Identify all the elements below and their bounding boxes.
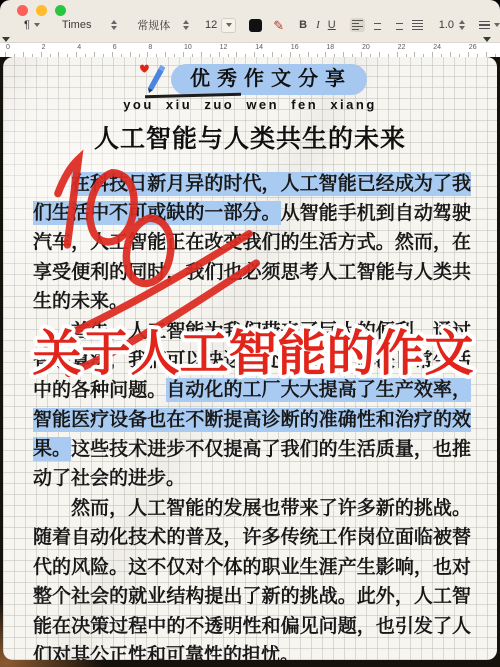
font-family-value: Times [62, 19, 92, 31]
ruler-number: 18 [326, 44, 334, 51]
chevron-down-icon [34, 23, 40, 27]
line-spacing-value: 1.0 [439, 19, 454, 31]
stepper-icon [111, 20, 117, 30]
ruler-number: 26 [469, 44, 477, 51]
line-spacing-select[interactable]: 1.0 [439, 19, 465, 31]
badge-pill: 优秀作文分享 [171, 64, 367, 95]
bold-button[interactable]: B [299, 19, 307, 31]
align-left-button[interactable] [350, 18, 365, 32]
align-center-button[interactable] [370, 18, 385, 32]
ruler-number: 8 [148, 44, 152, 51]
underline-button[interactable]: U [328, 19, 336, 31]
font-size-select[interactable]: 12 [205, 18, 236, 33]
ruler-number: 4 [77, 44, 81, 51]
ruler[interactable]: 02468101214161820222426 [0, 42, 500, 58]
essay-card: 优秀作文分享 you xiu zuo wen fen xiang 人工智能与人类… [3, 57, 497, 660]
ruler-number: 6 [113, 44, 117, 51]
ruler-number: 12 [220, 44, 228, 51]
chevron-down-icon [494, 23, 500, 27]
toolbar: ¶ Times 常规体 12 ✎ B I U [0, 0, 500, 36]
ruler-number: 22 [398, 44, 406, 51]
paragraph-style-menu[interactable]: ¶ [24, 19, 40, 31]
ruler-area: 02468101214161820222426 [0, 36, 500, 57]
ruler-number: 24 [433, 44, 441, 51]
essay-paragraph[interactable]: 然而，人工智能的发展也带来了许多新的挑战。随着自动化技术的普及，许多传统工作岗位… [33, 494, 471, 661]
pen-icon: ✎ [273, 19, 284, 32]
align-right-button[interactable] [390, 18, 405, 32]
badge-row: 优秀作文分享 [3, 62, 497, 96]
paragraph-mark-icon: ¶ [24, 19, 30, 31]
italic-label: I [316, 19, 320, 31]
ruler-number: 20 [362, 44, 370, 51]
pen-heart-logo-icon [133, 60, 169, 94]
pinyin-subtitle: you xiu zuo wen fen xiang [3, 97, 497, 112]
stepper-icon [459, 20, 465, 30]
highlight-pen-button[interactable]: ✎ [273, 19, 284, 32]
chevron-down-icon [221, 18, 236, 33]
ruler-number: 2 [42, 44, 46, 51]
card-header: 优秀作文分享 you xiu zuo wen fen xiang 人工智能与人类… [3, 57, 497, 155]
essay[interactable]: 在科技日新月异的时代，人工智能已经成为了我们生活中不可或缺的一部分。从智能手机到… [3, 169, 497, 660]
italic-button[interactable]: I [316, 19, 320, 31]
font-family-select[interactable]: Times [62, 19, 117, 31]
font-style-value: 常规体 [137, 17, 170, 33]
ruler-number: 14 [255, 44, 263, 51]
bold-label: B [299, 19, 307, 31]
essay-text: 这些技术进步不仅提高了我们的生活质量，也推动了社会的进步。 [33, 439, 471, 490]
ruler-number: 16 [291, 44, 299, 51]
document-canvas: 优秀作文分享 you xiu zuo wen fen xiang 人工智能与人类… [0, 57, 500, 667]
font-size-value: 12 [205, 19, 217, 31]
font-style-select[interactable]: 常规体 [137, 17, 189, 33]
text-color-button[interactable] [249, 19, 262, 32]
underline-label: U [328, 19, 336, 31]
list-icon [479, 21, 490, 29]
essay-paragraph[interactable]: 首先，人工智能为我们带来了巨大的便利。通过智能算法，我们可以快速地处理信息，解决… [33, 317, 471, 494]
app-window: ¶ Times 常规体 12 ✎ B I U [0, 0, 500, 667]
list-style-menu[interactable] [479, 21, 500, 29]
essay-text: 然而，人工智能的发展也带来了许多新的挑战。随着自动化技术的普及，许多传统工作岗位… [33, 498, 471, 661]
essay-paragraph[interactable]: 在科技日新月异的时代，人工智能已经成为了我们生活中不可或缺的一部分。从智能手机到… [33, 169, 471, 317]
stepper-icon [183, 20, 189, 30]
color-swatch-icon [249, 19, 262, 32]
align-justify-button[interactable] [410, 18, 425, 32]
ruler-number: 10 [184, 44, 192, 51]
ruler-number: 0 [6, 44, 10, 51]
essay-title: 人工智能与人类共生的未来 [3, 119, 497, 155]
format-controls: ¶ Times 常规体 12 ✎ B I U [0, 15, 500, 35]
